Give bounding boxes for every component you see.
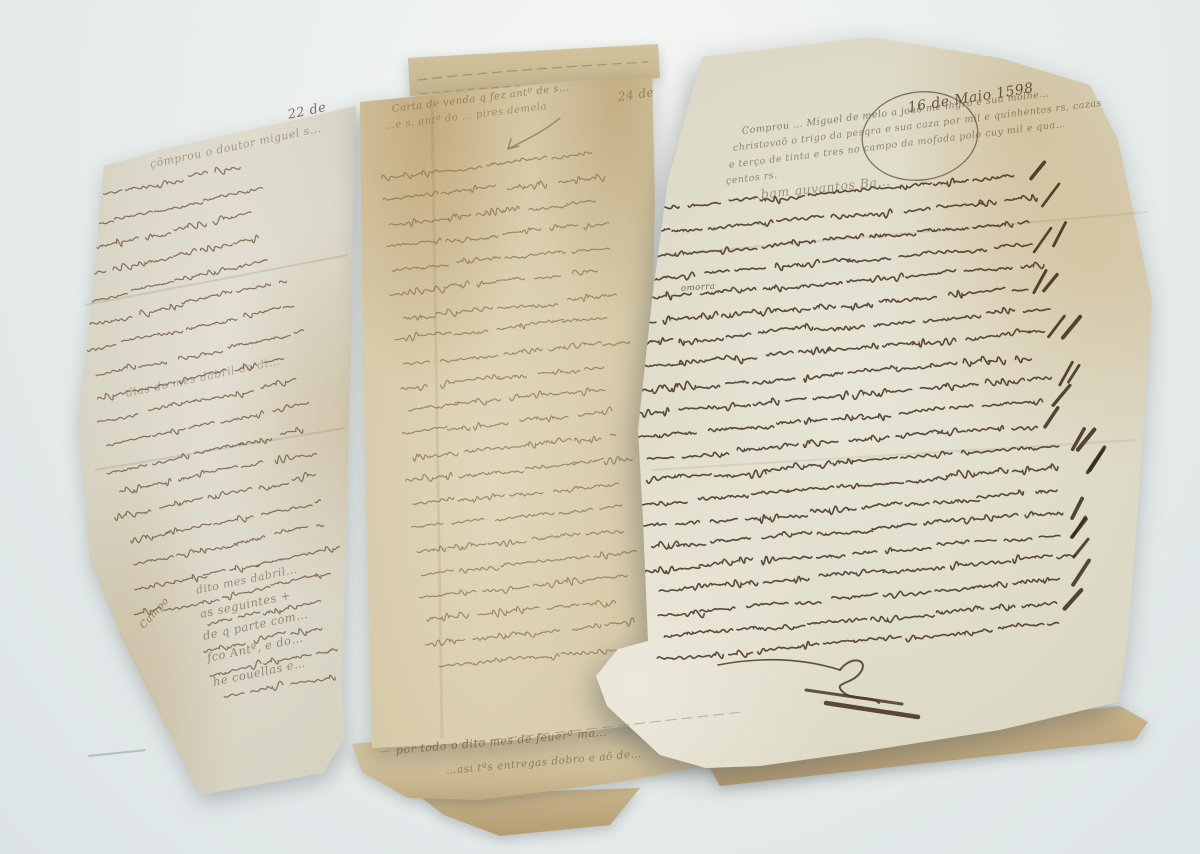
- handwriting-left: [70, 100, 370, 800]
- manuscript-left: [70, 100, 370, 800]
- faded-notes-on-hidden-page: [380, 62, 742, 752]
- scratch-mark: [88, 749, 146, 757]
- arrow-mark: [508, 118, 560, 149]
- signature-flourish: [718, 660, 918, 717]
- torn-page-strip-lower: [415, 785, 650, 840]
- manuscript-middle: [345, 40, 675, 760]
- handwriting-middle: [345, 40, 675, 760]
- bottom-strip-line: por todo o dito mes de feuerº ma…: [395, 726, 607, 757]
- left-margin-note: Campo: [138, 596, 172, 632]
- left-fragment: çõmprou o doutor miguel s…: [149, 122, 323, 171]
- right-margin-note: omorra: [681, 282, 716, 294]
- left-corner-date: 22 de: [286, 100, 327, 123]
- photograph-of-manuscripts: 22 de çõmprou o doutor miguel s… dias do…: [0, 0, 1200, 854]
- right-header-line: çentos rs.: [725, 170, 778, 187]
- left-fragment: dias do mes dabril do di…: [125, 354, 281, 399]
- bottom-strip-line: …asi tºs entregas dobro e aõ de…: [445, 748, 642, 777]
- middle-corner-date: 24 de: [617, 85, 655, 104]
- underlying-stack-edge: [695, 695, 1160, 790]
